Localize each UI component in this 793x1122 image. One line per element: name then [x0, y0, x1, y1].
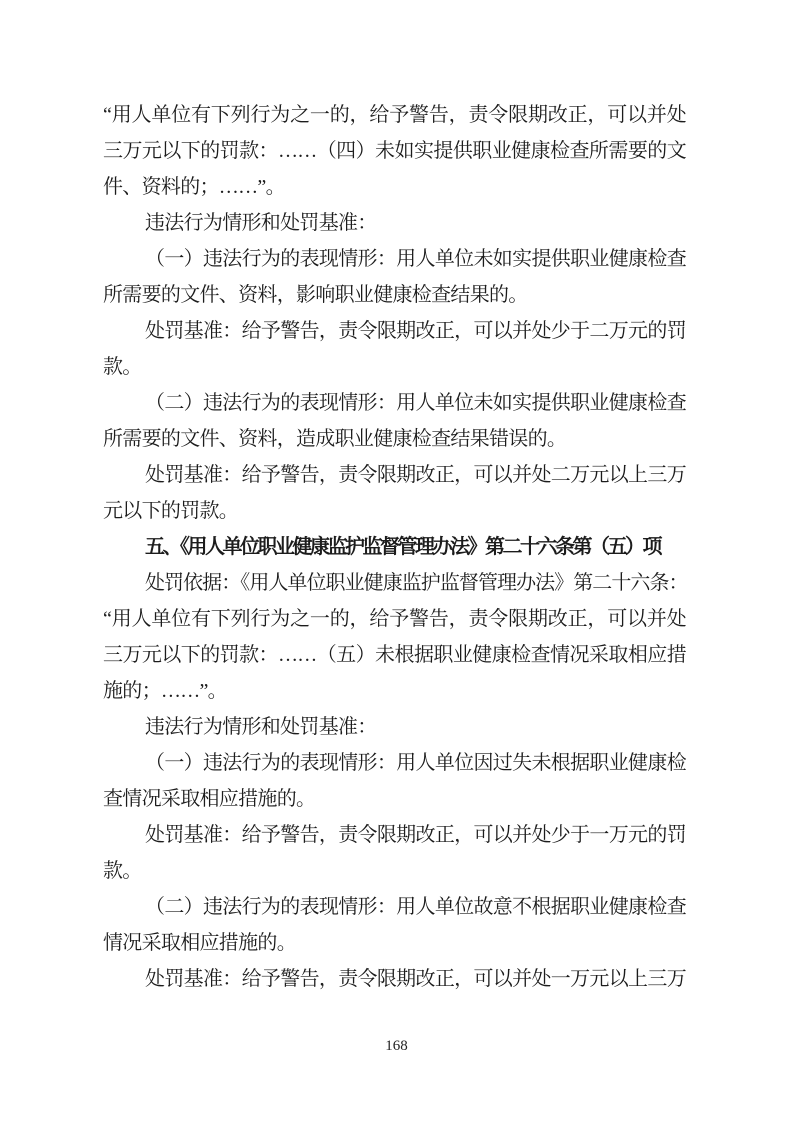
- text-line: 三万元以下的罚款：……（五）未根据职业健康检查情况采取相应措: [103, 637, 686, 673]
- text-line: 处罚基准：给予警告，责令限期改正，可以并处少于一万元的罚: [103, 817, 686, 853]
- text-line: 所需要的文件、资料，造成职业健康检查结果错误的。: [103, 421, 686, 457]
- text-line: 件、资料的；……”。: [103, 169, 686, 205]
- text-line: 处罚依据：《用人单位职业健康监护监督管理办法》第二十六条：: [103, 565, 686, 601]
- text-line: 所需要的文件、资料，影响职业健康检查结果的。: [103, 277, 686, 313]
- text-line: （一）违法行为的表现情形：用人单位未如实提供职业健康检查: [103, 241, 686, 277]
- text-line: 施的；……”。: [103, 673, 686, 709]
- text-line: 三万元以下的罚款：……（四）未如实提供职业健康检查所需要的文: [103, 133, 686, 169]
- text-line: （二）违法行为的表现情形：用人单位故意不根据职业健康检查: [103, 889, 686, 925]
- page-number: 168: [0, 1036, 793, 1056]
- text-line: 款。: [103, 349, 686, 385]
- text-line: （一）违法行为的表现情形：用人单位因过失未根据职业健康检: [103, 745, 686, 781]
- text-line: 处罚基准：给予警告，责令限期改正，可以并处二万元以上三万: [103, 457, 686, 493]
- text-block: “用人单位有下列行为之一的，给予警告，责令限期改正，可以并处三万元以下的罚款：……: [103, 97, 686, 997]
- text-line: 处罚基准：给予警告，责令限期改正，可以并处一万元以上三万: [103, 961, 686, 997]
- text-line: 处罚基准：给予警告，责令限期改正，可以并处少于二万元的罚: [103, 313, 686, 349]
- text-line: 违法行为情形和处罚基准：: [103, 709, 686, 745]
- text-line: 款。: [103, 853, 686, 889]
- text-line: “用人单位有下列行为之一的，给予警告，责令限期改正，可以并处: [103, 601, 686, 637]
- text-line: 元以下的罚款。: [103, 493, 686, 529]
- text-line: “用人单位有下列行为之一的，给予警告，责令限期改正，可以并处: [103, 97, 686, 133]
- text-line: 违法行为情形和处罚基准：: [103, 205, 686, 241]
- document-page: “用人单位有下列行为之一的，给予警告，责令限期改正，可以并处三万元以下的罚款：……: [0, 0, 793, 1122]
- text-line: 情况采取相应措施的。: [103, 925, 686, 961]
- text-line: 查情况采取相应措施的。: [103, 781, 686, 817]
- section-heading: 五、《用人单位职业健康监护监督管理办法》第二十六条第（五）项: [103, 529, 686, 565]
- text-line: （二）违法行为的表现情形：用人单位未如实提供职业健康检查: [103, 385, 686, 421]
